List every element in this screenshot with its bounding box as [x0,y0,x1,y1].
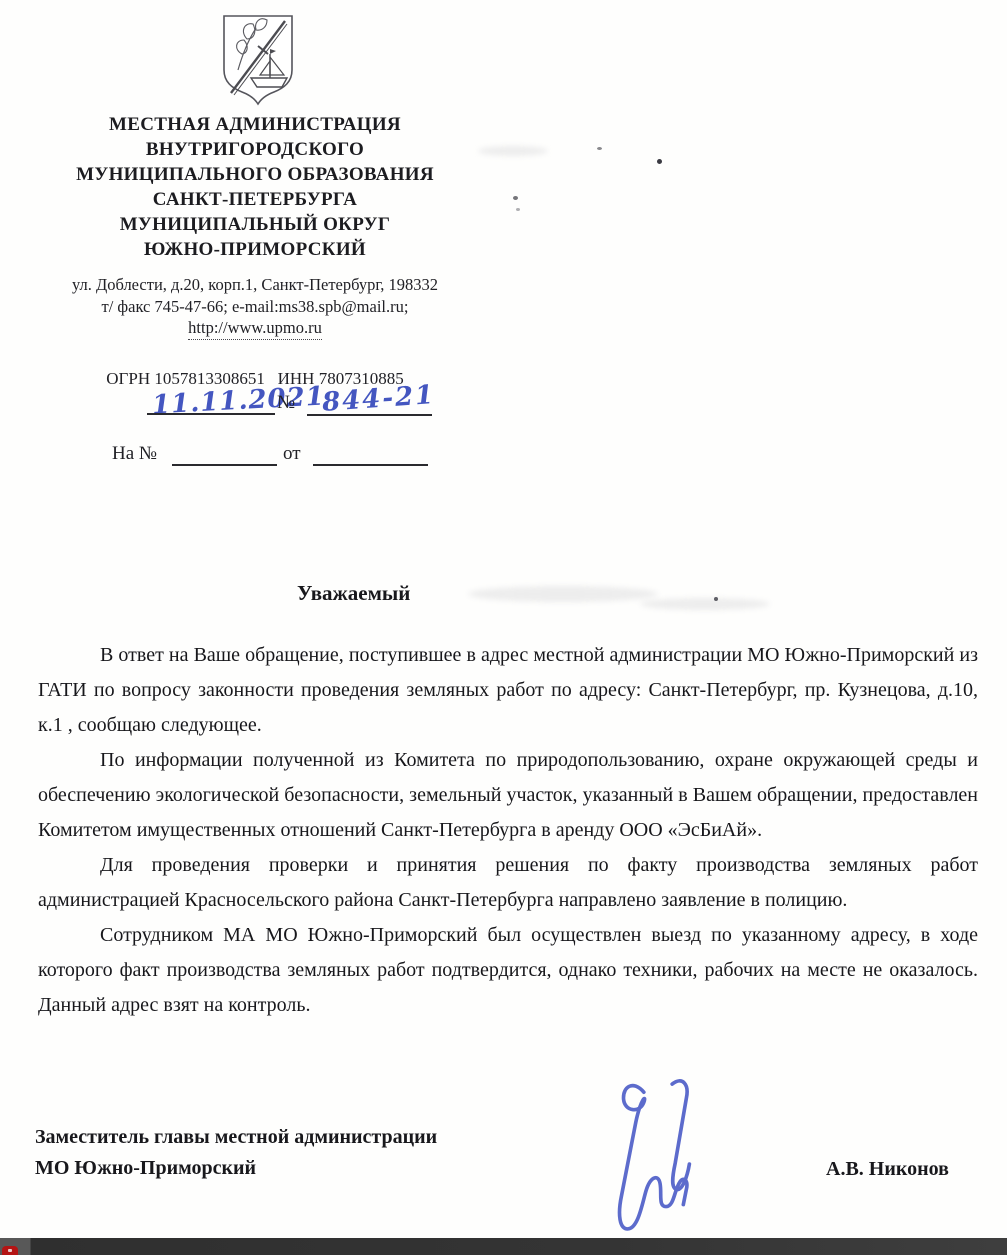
letter-body: В ответ на Ваше обращение, поступившее в… [38,638,978,1023]
redacted-name-smudge [640,598,770,610]
redacted-name-smudge [468,586,658,602]
organization-name: МЕСТНАЯ АДМИНИСТРАЦИЯ ВНУТРИГОРОДСКОГО М… [30,112,480,262]
postal-address: ул. Доблести, д.20, корп.1, Санкт-Петерб… [30,274,480,296]
scan-speck [516,208,520,211]
signer-title: Заместитель главы местной администрации … [35,1122,437,1184]
scan-speck [513,196,518,200]
reply-to-label: На № [112,443,157,465]
contact-block: ул. Доблести, д.20, корп.1, Санкт-Петерб… [30,274,480,340]
reply-number-blank [172,464,277,466]
number-underline [307,414,432,416]
signer-title-line2: МО Южно-Приморский [35,1153,437,1184]
bottom-taskbar [0,1238,1007,1255]
date-underline [147,413,275,415]
scan-smudge [478,146,548,156]
body-paragraph: Для проведения проверки и принятия решен… [38,848,978,918]
handwritten-outgoing-number: 844-21 [321,380,436,418]
from-label: от [283,443,301,465]
scanned-letter-page: МЕСТНАЯ АДМИНИСТРАЦИЯ ВНУТРИГОРОДСКОГО М… [0,0,1007,1255]
org-name-line: МУНИЦИПАЛЬНОГО ОБРАЗОВАНИЯ [30,162,480,187]
handwritten-signature [598,1076,718,1238]
org-name-line: МЕСТНАЯ АДМИНИСТРАЦИЯ [30,112,480,137]
org-name-line: ЮЖНО-ПРИМОРСКИЙ [30,237,480,262]
signer-name: А.В. Никонов [826,1158,949,1181]
body-paragraph: По информации полученной из Комитета по … [38,743,978,848]
number-sign: № [277,392,295,414]
salutation: Уважаемый [297,581,410,606]
org-name-line: ВНУТРИГОРОДСКОГО [30,137,480,162]
reply-date-blank [313,464,428,466]
red-app-icon[interactable] [2,1246,18,1255]
org-name-line: МУНИЦИПАЛЬНЫЙ ОКРУГ [30,212,480,237]
scan-speck [657,159,662,164]
signer-title-line1: Заместитель главы местной администрации [35,1122,437,1153]
phone-email-line: т/ факс 745-47-66; e-mail:ms38.spb@mail.… [30,296,480,318]
scan-speck [714,597,718,601]
org-name-line: САНКТ-ПЕТЕРБУРГА [30,187,480,212]
scan-speck [597,147,602,150]
body-paragraph: В ответ на Ваше обращение, поступившее в… [38,638,978,743]
body-paragraph: Сотрудником МА МО Южно-Приморский был ос… [38,918,978,1023]
website-link: http://www.upmo.ru [188,318,322,340]
municipal-coat-of-arms-icon [218,12,298,108]
